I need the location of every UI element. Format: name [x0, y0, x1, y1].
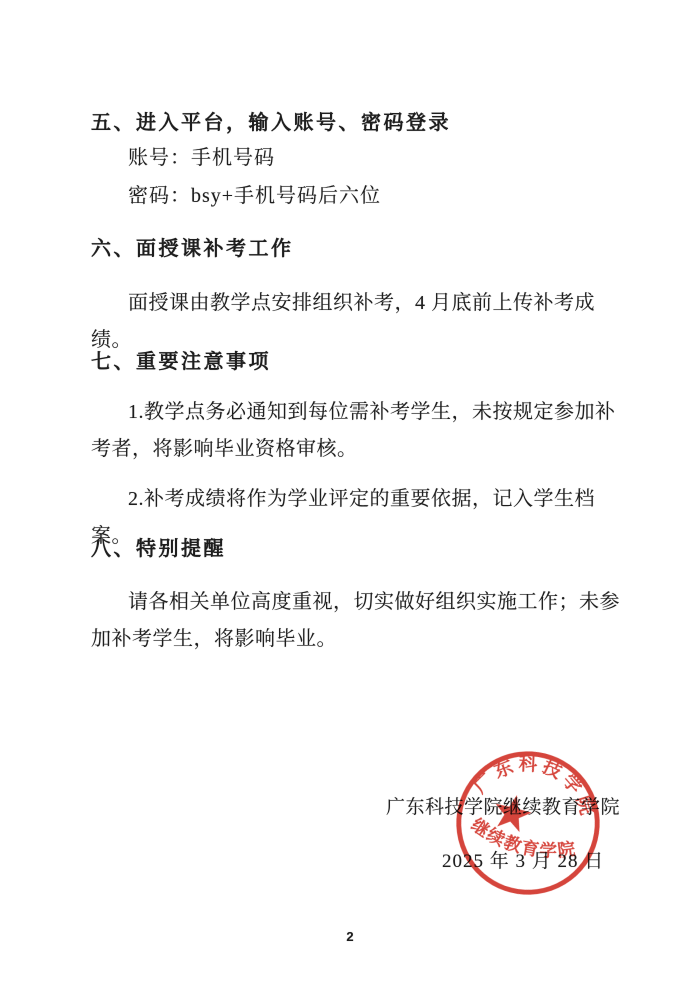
section-8-paragraph: 请各相关单位高度重视，切实做好组织实施工作；未参加补考学生，将影响毕业。: [91, 584, 625, 658]
section-heading-5: 五、进入平台，输入账号、密码登录: [91, 106, 451, 135]
official-seal-stamp: 广东科技学院 继续教育学院: [433, 728, 622, 917]
document-page: 五、进入平台，输入账号、密码登录 账号：手机号码 密码：bsy+手机号码后六位 …: [0, 0, 700, 996]
page-number: 2: [0, 929, 700, 944]
seal-bottom-text: 继续教育学院: [464, 813, 582, 871]
section-heading-7: 七、重要注意事项: [91, 345, 271, 374]
section-7-item-1: 1.教学点务必通知到每位需补考学生，未按规定参加补考者，将影响毕业资格审核。: [91, 394, 625, 468]
password-line: 密码：bsy+手机号码后六位: [128, 179, 381, 208]
section-heading-8: 八、特别提醒: [91, 532, 226, 561]
seal-top-arc-text: 广东科技学院: [466, 738, 610, 825]
section-heading-6: 六、面授课补考工作: [91, 232, 294, 261]
account-line: 账号：手机号码: [128, 141, 275, 170]
